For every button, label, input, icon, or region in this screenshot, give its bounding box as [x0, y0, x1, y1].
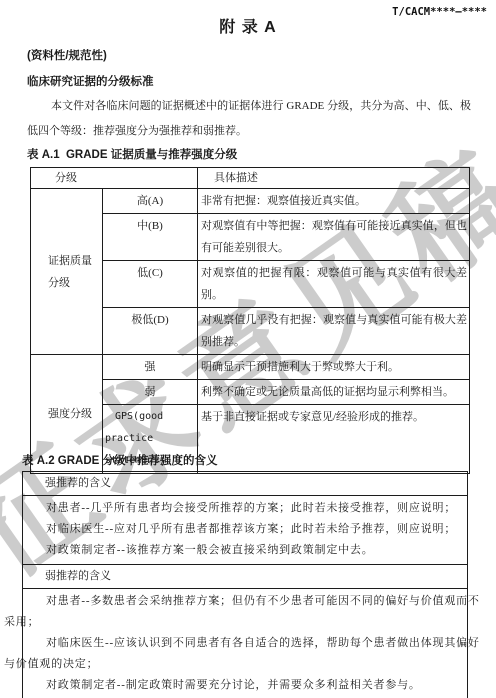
applicability-note: (资料性/规范性): [27, 47, 107, 63]
description-cell: 对观察值几乎没有把握：观察值与真实值可能有极大差别推荐。: [198, 308, 470, 355]
grade-cell: 极低(D): [103, 308, 198, 355]
grade-cell: 强: [103, 355, 198, 380]
weak-recommendation-heading: 弱推荐的含义: [23, 565, 468, 589]
group-label-evidence-quality: 证据质量分级: [31, 189, 103, 355]
grade-cell: 弱: [103, 380, 198, 405]
grade-cell: 低(C): [103, 261, 198, 308]
table-a2-strength-meaning: 强推荐的含义 对患者--几乎所有患者均会接受所推荐的方案；此时若未接受推荐，则应…: [22, 471, 468, 698]
strong-recommendation-body: 对患者--几乎所有患者均会接受所推荐的方案；此时若未接受推荐，则应说明； 对临床…: [23, 496, 468, 565]
recommendation-item: 对政策制定者--该推荐方案一般会被直接采纳到政策制定中去。: [4, 540, 491, 561]
table-row: 证据质量分级 高(A) 非常有把握：观察值接近真实值。: [31, 189, 470, 214]
appendix-title: 附 录 A: [0, 14, 496, 37]
table-row: 强推荐的含义: [23, 472, 468, 496]
document-page: 征求意见稿 T/CACM****—**** 附 录 A (资料性/规范性) 临床…: [0, 0, 496, 698]
table-row: 弱推荐的含义: [23, 565, 468, 589]
table-row: 强度分级 强 明确显示干预措施利大于弊或弊大于利。: [31, 355, 470, 380]
weak-recommendation-body: 对患者--多数患者会采纳推荐方案；但仍有不少患者可能因不同的偏好与价值观而不采用…: [23, 589, 468, 698]
recommendation-item: 对患者--多数患者会采纳推荐方案；但仍有不少患者可能因不同的偏好与价值观而不采用…: [4, 591, 491, 633]
table-a1-header-row: 分级 具体描述: [31, 168, 470, 189]
recommendation-item: 对临床医生--应对几乎所有患者都推荐该方案；此时若未给予推荐，则应说明；: [4, 519, 491, 540]
recommendation-item: 对政策制定者--制定政策时需要充分讨论，并需要众多利益相关者参与。: [4, 675, 491, 696]
description-cell: 对观察值有中等把握：观察值有可能接近真实值，但也有可能差别很大。: [198, 214, 470, 261]
grade-cell: 中(B): [103, 214, 198, 261]
description-cell: 利弊不确定或无论质量高低的证据均显示利弊相当。: [198, 380, 470, 405]
description-cell: 明确显示干预措施利大于弊或弊大于利。: [198, 355, 470, 380]
table-row: 对患者--多数患者会采纳推荐方案；但仍有不少患者可能因不同的偏好与价值观而不采用…: [23, 589, 468, 698]
column-header-description: 具体描述: [198, 168, 470, 189]
description-cell: 对观察值的把握有限：观察值可能与真实值有很大差别。: [198, 261, 470, 308]
grade-cell: 高(A): [103, 189, 198, 214]
section-heading: 临床研究证据的分级标准: [27, 73, 154, 89]
intro-paragraph: 本文件对各临床问题的证据概述中的证据体进行 GRADE 分级，共分为高、中、低、…: [27, 94, 471, 144]
description-cell: 非常有把握：观察值接近真实值。: [198, 189, 470, 214]
table-row: 对患者--几乎所有患者均会接受所推荐的方案；此时若未接受推荐，则应说明； 对临床…: [23, 496, 468, 565]
table-a1-grade-quality: 分级 具体描述 证据质量分级 高(A) 非常有把握：观察值接近真实值。 中(B)…: [30, 167, 470, 474]
description-cell: 基于非直接证据或专家意见/经验形成的推荐。: [198, 405, 470, 474]
table-a1-caption: 表 A.1 GRADE 证据质量与推荐强度分级: [27, 146, 237, 162]
recommendation-item: 对临床医生--应该认识到不同患者有各自适合的选择，帮助每个患者做出体现其偏好与价…: [4, 633, 491, 675]
table-a2-caption: 表 A.2 GRADE 分级中推荐强度的含义: [22, 452, 218, 468]
strong-recommendation-heading: 强推荐的含义: [23, 472, 468, 496]
recommendation-item: 对患者--几乎所有患者均会接受所推荐的方案；此时若未接受推荐，则应说明；: [4, 498, 491, 519]
column-header-level: 分级: [31, 168, 198, 189]
